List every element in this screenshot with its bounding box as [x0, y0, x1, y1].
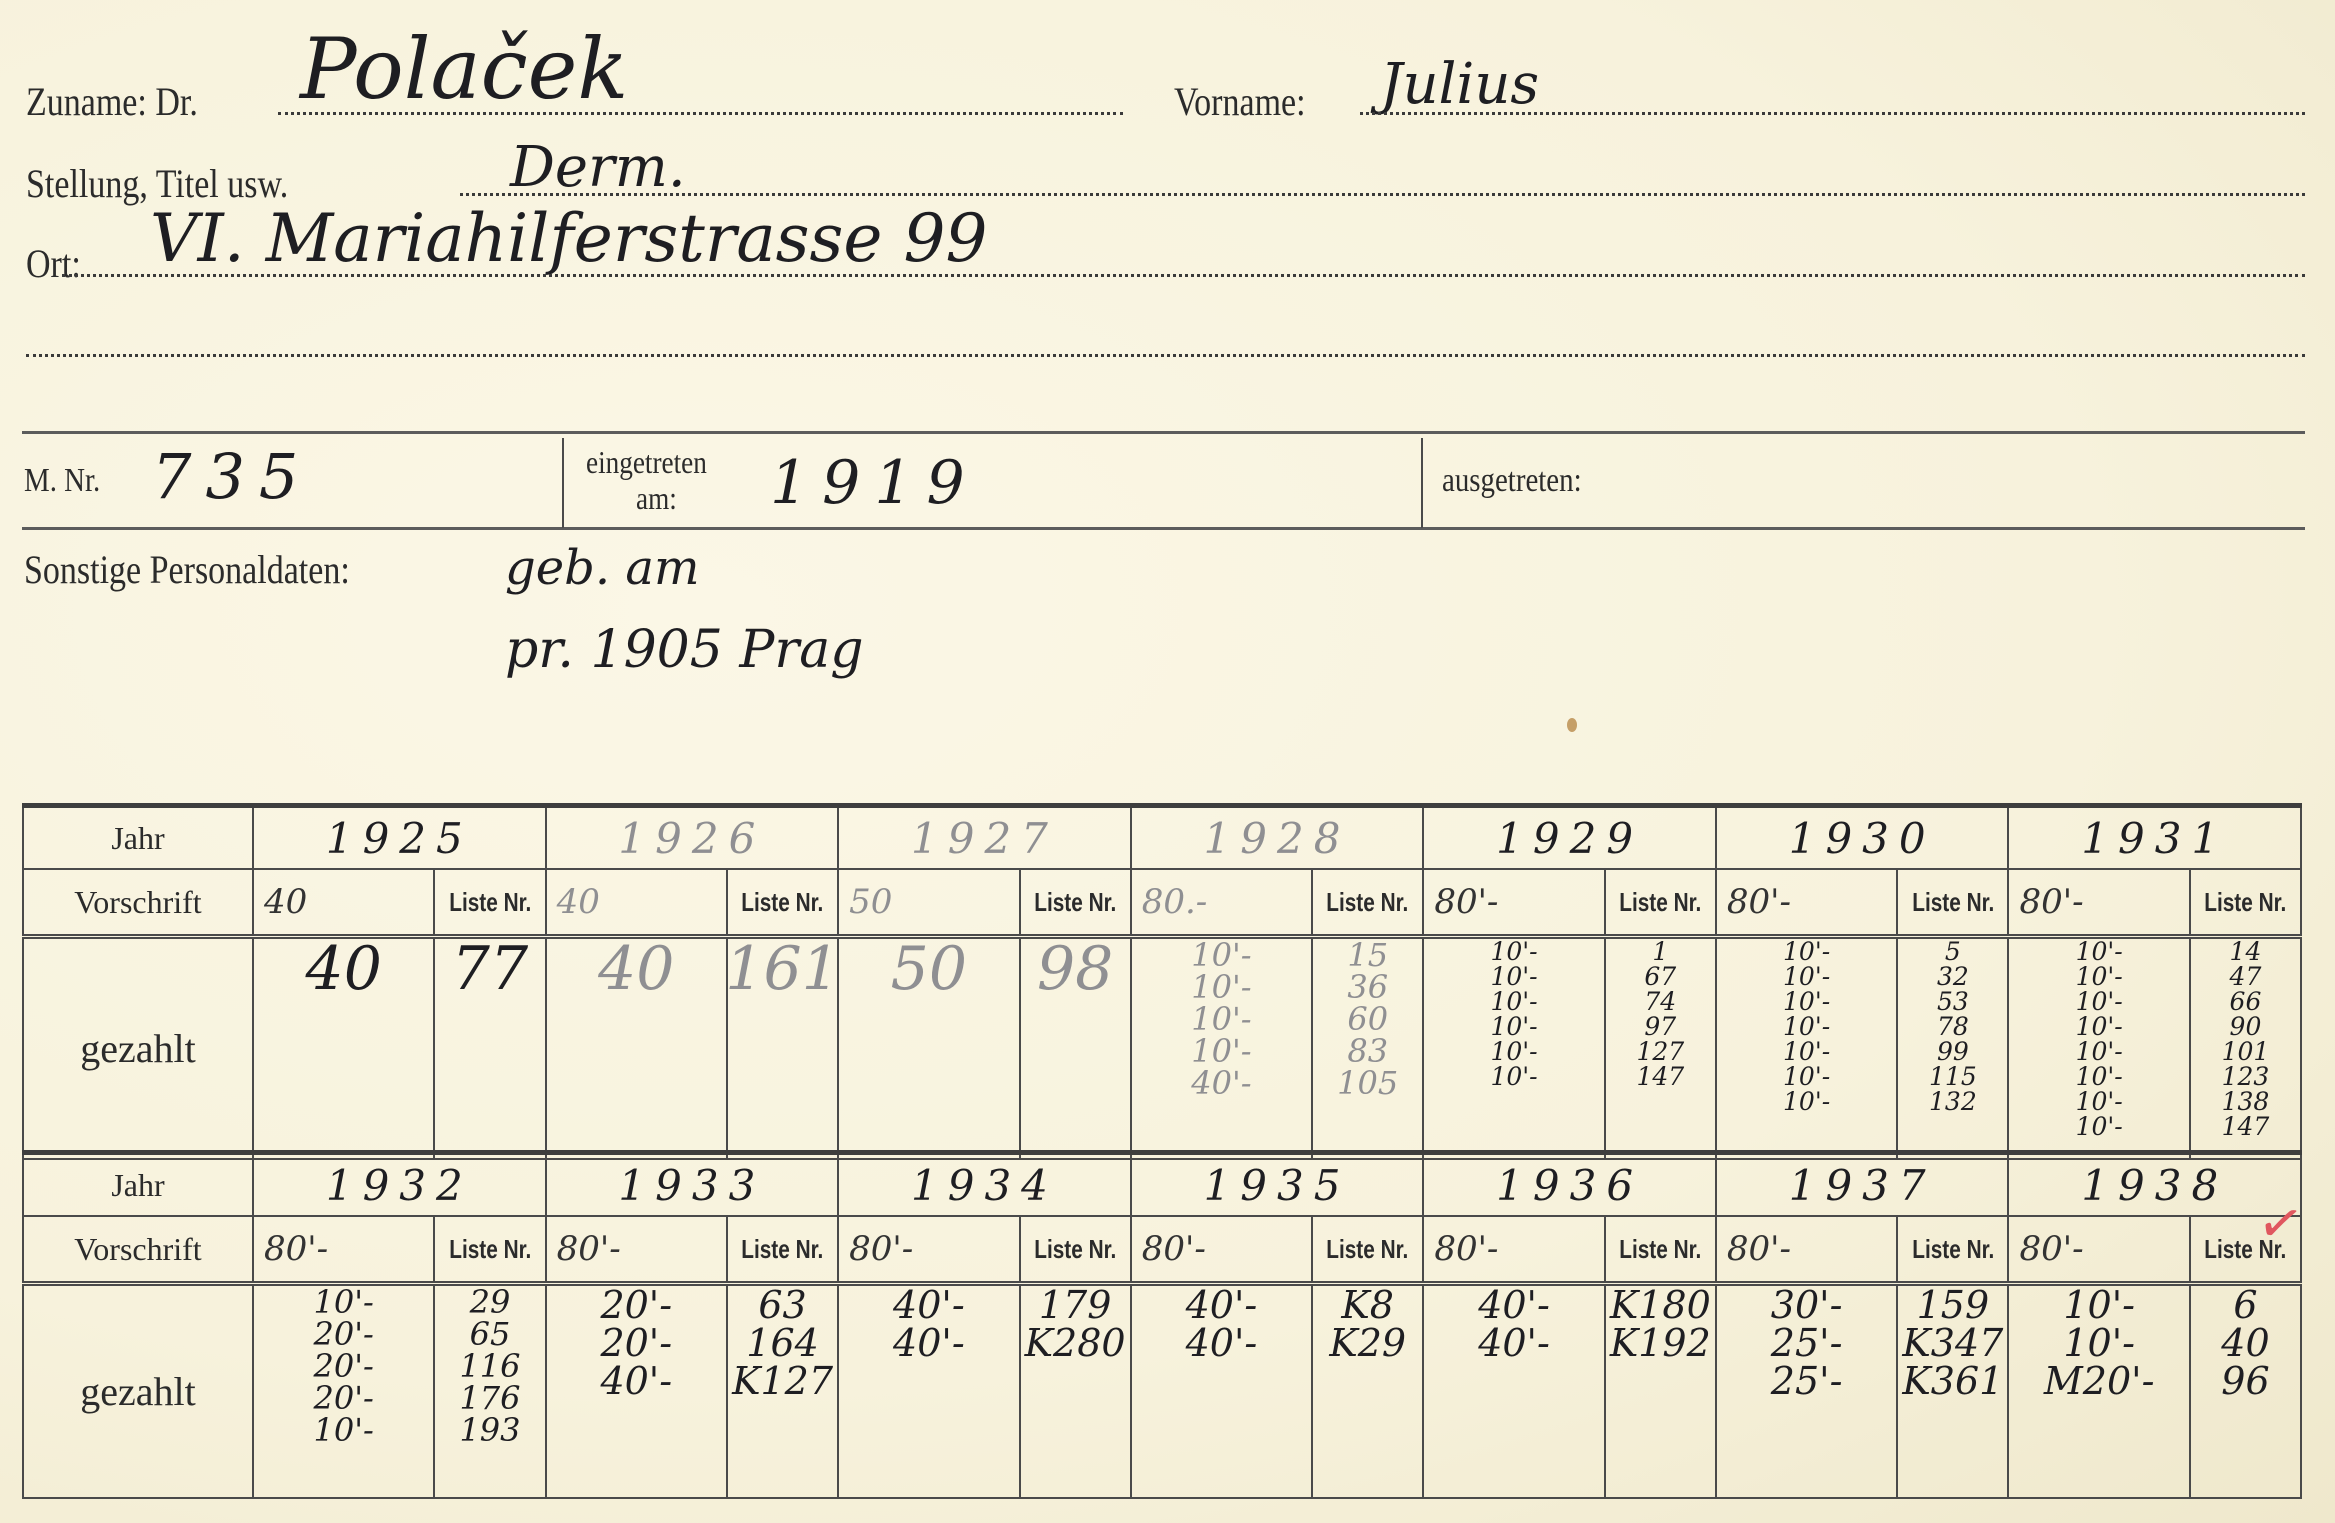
paid-amount: 10'- [2076, 1039, 2123, 1064]
list-number: K29 [1329, 1324, 1406, 1362]
liste-nr-label: Liste Nr. [1327, 887, 1409, 918]
gezahlt-row-label: gezahlt [23, 937, 253, 1159]
ort-dotted-line [62, 274, 2305, 277]
extra-dotted-line [26, 354, 2305, 357]
list-number: 105 [1337, 1067, 1398, 1099]
vorname-dotted-line [1360, 112, 2305, 115]
list-numbers-list: 64096 [2191, 1286, 2300, 1400]
list-number: 138 [2222, 1089, 2270, 1114]
list-number: 63 [758, 1286, 806, 1324]
liste-nr-label: Liste Nr. [1912, 887, 1994, 918]
vorname-value: Julius [1380, 52, 1539, 117]
paid-amounts-cell: 10'-10'-10'-10'-10'-10'- [1423, 937, 1604, 1159]
liste-nr-label: Liste Nr. [1619, 887, 1701, 918]
liste-nr-label: Liste Nr. [449, 1234, 531, 1265]
list-numbers-list: K8K29 [1313, 1286, 1422, 1362]
paid-amount: 40'- [1478, 1324, 1550, 1362]
paid-amount: 20'- [314, 1382, 374, 1414]
list-number: 164 [746, 1324, 819, 1362]
list-numbers-list: 63164K127 [728, 1286, 837, 1400]
vorschrift-value: 80'- [1423, 1216, 1604, 1284]
list-number: 98 [1037, 939, 1113, 999]
paid-amounts-cell: 40'-40'- [838, 1284, 1019, 1498]
paid-amount: M20'- [2044, 1362, 2155, 1400]
vorname-label: Vorname: [1174, 78, 1306, 125]
paid-amounts-cell: 10'-20'-20'-20'-10'- [253, 1284, 434, 1498]
liste-nr-header: Liste Nr. [2190, 869, 2301, 937]
paid-amount: 40'- [893, 1286, 965, 1324]
list-number: 193 [459, 1414, 520, 1446]
paid-amount: 25'- [1771, 1362, 1843, 1400]
paid-amount: 10'- [1191, 1035, 1251, 1067]
list-number: 67 [1644, 964, 1676, 989]
vorschrift-value: 80'- [1716, 1216, 1897, 1284]
list-numbers-list: 77 [435, 939, 544, 999]
liste-nr-header: Liste Nr. [434, 1216, 545, 1284]
list-number: 116 [459, 1350, 520, 1382]
list-number: 6 [2233, 1286, 2257, 1324]
vorschrift-value: 80'- [546, 1216, 727, 1284]
vorschrift-value: 80'- [2008, 869, 2189, 937]
list-numbers-cell: 98 [1020, 937, 1131, 1159]
paid-amount: 10'- [1490, 964, 1537, 989]
paid-amounts-list: 40'-40'- [839, 1286, 1018, 1362]
paid-amount: 10'- [314, 1414, 374, 1446]
paid-amount: 20'- [314, 1318, 374, 1350]
liste-nr-header: Liste Nr. [1897, 1216, 2008, 1284]
list-numbers-list: 179K280 [1021, 1286, 1130, 1362]
year-cell: 1930 [1716, 806, 2009, 870]
list-number: 123 [2222, 1064, 2270, 1089]
list-number: 53 [1937, 989, 1969, 1014]
paid-amount: 10'- [1490, 1014, 1537, 1039]
year-cell: 1935 [1131, 1153, 1424, 1217]
list-numbers-cell: 532537899115132 [1897, 937, 2008, 1159]
personal-data-label: Sonstige Personaldaten: [24, 546, 350, 593]
ausgetreten-label: ausgetreten: [1442, 462, 1582, 500]
paid-amounts-cell: 30'-25'-25'- [1716, 1284, 1897, 1498]
paid-amounts-cell: 10'-10'-10'-10'-10'-10'-10'-10'- [2008, 937, 2189, 1159]
paid-amounts-list: 10'-10'-10'-10'-10'-10'-10'- [1717, 939, 1896, 1114]
year-cell: 1932 [253, 1153, 546, 1217]
mnr-label: M. Nr. [24, 462, 100, 500]
paid-amounts-list: 10'-10'-10'-10'-10'-10'- [1424, 939, 1603, 1089]
paid-amount: 10'- [2076, 964, 2123, 989]
list-number: K127 [732, 1362, 833, 1400]
list-number: 78 [1937, 1014, 1969, 1039]
membership-index-card: Zuname: Dr. Polaček Vorname: Julius Stel… [0, 0, 2335, 1523]
list-number: K180 [1610, 1286, 1711, 1324]
list-number: 5 [1945, 939, 1961, 964]
list-number: 90 [2230, 1014, 2262, 1039]
zuname-label: Zuname: Dr. [26, 78, 198, 125]
paid-amount: 40'- [1478, 1286, 1550, 1324]
paid-amount: 40 [306, 939, 382, 999]
paid-amount: 10'- [2076, 939, 2123, 964]
list-number: 127 [1636, 1039, 1684, 1064]
paid-amount: 10'- [1191, 971, 1251, 1003]
vorschrift-value: 80'- [253, 1216, 434, 1284]
liste-nr-header: Liste Nr. [727, 869, 838, 937]
list-number: 147 [1636, 1064, 1684, 1089]
list-number: 115 [1929, 1064, 1977, 1089]
paid-amount: 10'- [1783, 1039, 1830, 1064]
paid-amounts-cell: 40 [253, 937, 434, 1159]
list-number: 60 [1347, 1003, 1388, 1035]
paid-amount: 10'- [2076, 1014, 2123, 1039]
mnr-value: 735 [152, 440, 312, 513]
paid-amount: 10'- [1191, 1003, 1251, 1035]
liste-nr-label: Liste Nr. [742, 1234, 824, 1265]
liste-nr-header: Liste Nr. [727, 1216, 838, 1284]
list-number: 74 [1644, 989, 1676, 1014]
list-numbers-cell: 159K347K361 [1897, 1284, 2008, 1498]
list-numbers-list: K180K192 [1606, 1286, 1715, 1362]
paid-amount: 10'- [314, 1286, 374, 1318]
list-number: 15 [1347, 939, 1388, 971]
paid-amount: 10'- [2063, 1324, 2135, 1362]
paid-amounts-list: 40 [254, 939, 433, 999]
year-cell: 1929 [1423, 806, 1716, 870]
list-numbers-cell: 179K280 [1020, 1284, 1131, 1498]
list-numbers-list: 161 [728, 939, 837, 999]
vorschrift-value: 80'- [2008, 1216, 2189, 1284]
paid-amounts-list: 10'-10'-10'-10'-40'- [1132, 939, 1311, 1099]
liste-nr-label: Liste Nr. [1327, 1234, 1409, 1265]
membership-bottom-rule [22, 527, 2305, 530]
paid-amount: 10'- [1783, 989, 1830, 1014]
eingetreten-value: 1919 [770, 448, 979, 518]
personal-data-line2: pr. 1905 Prag [505, 620, 864, 680]
paid-amounts-list: 30'-25'-25'- [1717, 1286, 1896, 1400]
paid-amounts-cell: 40'-40'- [1423, 1284, 1604, 1498]
list-number: 77 [452, 939, 528, 999]
paid-amount: 10'- [2076, 989, 2123, 1014]
vorschrift-value: 80'- [1716, 869, 1897, 937]
list-numbers-cell: 161 [727, 937, 838, 1159]
year-cell: 1926 [546, 806, 839, 870]
paid-amount: 40'- [1186, 1286, 1258, 1324]
paid-amount: 20'- [314, 1350, 374, 1382]
list-number: 14 [2230, 939, 2262, 964]
paid-amounts-list: 10'-10'-10'-10'-10'-10'-10'-10'- [2009, 939, 2188, 1139]
list-number: 179 [1039, 1286, 1112, 1324]
list-numbers-cell: 1677497127147 [1605, 937, 1716, 1159]
list-numbers-cell: K8K29 [1312, 1284, 1423, 1498]
paid-amount: 10'- [1490, 1064, 1537, 1089]
liste-nr-header: Liste Nr. [1020, 1216, 1131, 1284]
list-numbers-list: 1677497127147 [1606, 939, 1715, 1089]
liste-nr-header: Liste Nr. [1605, 869, 1716, 937]
ort-label: Ort: [26, 240, 81, 287]
list-number: 66 [2230, 989, 2262, 1014]
paid-amount: 10'- [1783, 1064, 1830, 1089]
list-numbers-cell: 63164K127 [727, 1284, 838, 1498]
paid-amounts-list: 10'-20'-20'-20'-10'- [254, 1286, 433, 1446]
liste-nr-header: Liste Nr. [1605, 1216, 1716, 1284]
paid-amounts-cell: 20'-20'-40'- [546, 1284, 727, 1498]
gezahlt-row-label: gezahlt [23, 1284, 253, 1498]
list-number: K280 [1025, 1324, 1126, 1362]
membership-top-rule [22, 431, 2305, 434]
zuname-dotted-line [278, 112, 1123, 115]
vorschrift-value: 40 [546, 869, 727, 937]
list-number: 176 [459, 1382, 520, 1414]
list-numbers-list: 98 [1021, 939, 1130, 999]
vorschrift-value: 80.- [1131, 869, 1312, 937]
paid-amounts-cell: 50 [838, 937, 1019, 1159]
paid-amount: 40'- [893, 1324, 965, 1362]
list-number: 65 [470, 1318, 511, 1350]
list-number: 159 [1917, 1286, 1990, 1324]
vorschrift-value: 50 [838, 869, 1019, 937]
year-cell: 1927 [838, 806, 1131, 870]
ort-value: VI. Mariahilferstrasse 99 [150, 200, 987, 277]
paid-amount: 10'- [1191, 939, 1251, 971]
paid-amount: 40'- [1191, 1067, 1251, 1099]
list-numbers-cell: 2965116176193 [434, 1284, 545, 1498]
paid-amount: 10'- [2076, 1114, 2123, 1139]
paid-amount: 50 [891, 939, 967, 999]
list-number: 161 [727, 939, 838, 999]
year-cell: 1933 [546, 1153, 839, 1217]
liste-nr-label: Liste Nr. [1912, 1234, 1994, 1265]
paid-amount: 10'- [1783, 1089, 1830, 1114]
list-number: K192 [1610, 1324, 1711, 1362]
list-numbers-list: 15366083105 [1313, 939, 1422, 1099]
list-number: 36 [1347, 971, 1388, 1003]
paid-amount: 10'- [1490, 939, 1537, 964]
list-number: 132 [1929, 1089, 1977, 1114]
year-cell: 1938 [2008, 1153, 2301, 1217]
list-number: K361 [1902, 1362, 2003, 1400]
paid-amount: 40'- [600, 1362, 672, 1400]
liste-nr-header: Liste Nr. [1020, 869, 1131, 937]
liste-nr-header: Liste Nr. [1312, 1216, 1423, 1284]
list-numbers-cell: 14476690101123138147 [2190, 937, 2301, 1159]
membership-divider-2 [1421, 438, 1423, 528]
paid-amount: 10'- [2076, 1089, 2123, 1114]
list-number: K8 [1341, 1286, 1394, 1324]
list-numbers-list: 14476690101123138147 [2191, 939, 2300, 1139]
vorschrift-row-label: Vorschrift [23, 1216, 253, 1284]
paid-amount: 10'- [1783, 939, 1830, 964]
payment-ledger-1932-1938: Jahr1932193319341935193619371938 Vorschr… [22, 1150, 2302, 1499]
paid-amounts-list: 40'-40'- [1424, 1286, 1603, 1362]
list-number: 101 [2222, 1039, 2270, 1064]
payment-ledger-1925-1931: Jahr1925192619271928192919301931 Vorschr… [22, 803, 2302, 1160]
liste-nr-header: Liste Nr. [434, 869, 545, 937]
paid-amount: 10'- [2076, 1064, 2123, 1089]
liste-nr-label: Liste Nr. [2204, 887, 2286, 918]
vorschrift-value: 80'- [1423, 869, 1604, 937]
year-cell: 1925 [253, 806, 546, 870]
stellung-dotted-line [460, 193, 2305, 196]
liste-nr-label: Liste Nr. [1619, 1234, 1701, 1265]
paid-amounts-cell: 10'-10'-10'-10'-40'- [1131, 937, 1312, 1159]
liste-nr-header: Liste Nr. [1312, 869, 1423, 937]
list-number: 29 [470, 1286, 511, 1318]
paid-amounts-cell: 10'-10'-M20'- [2008, 1284, 2189, 1498]
paid-amount: 20'- [600, 1324, 672, 1362]
ink-stain [1567, 718, 1577, 732]
year-cell: 1928 [1131, 806, 1424, 870]
list-number: 40 [2221, 1324, 2269, 1362]
paid-amounts-list: 40 [547, 939, 726, 999]
liste-nr-label: Liste Nr. [742, 887, 824, 918]
list-number: 99 [1937, 1039, 1969, 1064]
list-numbers-list: 159K347K361 [1898, 1286, 2007, 1400]
paid-amount: 10'- [1490, 1039, 1537, 1064]
paid-amount: 10'- [1783, 964, 1830, 989]
paid-amounts-list: 40'-40'- [1132, 1286, 1311, 1362]
stellung-value: Derm. [510, 135, 686, 200]
jahr-row-label: Jahr [23, 806, 253, 870]
list-numbers-cell: 77 [434, 937, 545, 1159]
list-number: 96 [2221, 1362, 2269, 1400]
list-number: 147 [2222, 1114, 2270, 1139]
liste-nr-label: Liste Nr. [449, 887, 531, 918]
jahr-row-label: Jahr [23, 1153, 253, 1217]
vorschrift-row-label: Vorschrift [23, 869, 253, 937]
paid-amount: 20'- [600, 1286, 672, 1324]
list-numbers-list: 2965116176193 [435, 1286, 544, 1446]
list-number: 47 [2230, 964, 2262, 989]
liste-nr-header: Liste Nr. [1897, 869, 2008, 937]
paid-amounts-list: 50 [839, 939, 1018, 999]
paid-amount: 30'- [1771, 1286, 1843, 1324]
list-number: 83 [1347, 1035, 1388, 1067]
liste-nr-label: Liste Nr. [1034, 1234, 1116, 1265]
list-numbers-list: 532537899115132 [1898, 939, 2007, 1114]
liste-nr-label: Liste Nr. [1034, 887, 1116, 918]
list-number: 97 [1644, 1014, 1676, 1039]
list-numbers-cell: K180K192 [1605, 1284, 1716, 1498]
paid-amount: 10'- [1783, 1014, 1830, 1039]
paid-amount: 10'- [2063, 1286, 2135, 1324]
eingetreten-label-line1: eingetreten [586, 444, 707, 481]
vorschrift-value: 80'- [838, 1216, 1019, 1284]
paid-amount: 40 [598, 939, 674, 999]
paid-amount: 40'- [1186, 1324, 1258, 1362]
year-cell: 1936 [1423, 1153, 1716, 1217]
list-number: 32 [1937, 964, 1969, 989]
year-cell: 1934 [838, 1153, 1131, 1217]
list-numbers-cell: 64096 [2190, 1284, 2301, 1498]
paid-amounts-cell: 40'-40'- [1131, 1284, 1312, 1498]
personal-data-line1: geb. am [505, 540, 700, 596]
paid-amounts-cell: 40 [546, 937, 727, 1159]
membership-divider-1 [562, 438, 564, 528]
paid-amounts-list: 20'-20'-40'- [547, 1286, 726, 1400]
year-cell: 1937 [1716, 1153, 2009, 1217]
paid-amount: 25'- [1771, 1324, 1843, 1362]
paid-amounts-list: 10'-10'-M20'- [2009, 1286, 2188, 1400]
list-numbers-cell: 15366083105 [1312, 937, 1423, 1159]
zuname-value: Polaček [300, 20, 628, 118]
paid-amounts-cell: 10'-10'-10'-10'-10'-10'-10'- [1716, 937, 1897, 1159]
list-number: 1 [1652, 939, 1668, 964]
paid-amount: 10'- [1490, 989, 1537, 1014]
vorschrift-value: 80'- [1131, 1216, 1312, 1284]
vorschrift-value: 40 [253, 869, 434, 937]
list-number: K347 [1902, 1324, 2003, 1362]
eingetreten-label-line2: am: [636, 480, 677, 517]
year-cell: 1931 [2008, 806, 2301, 870]
